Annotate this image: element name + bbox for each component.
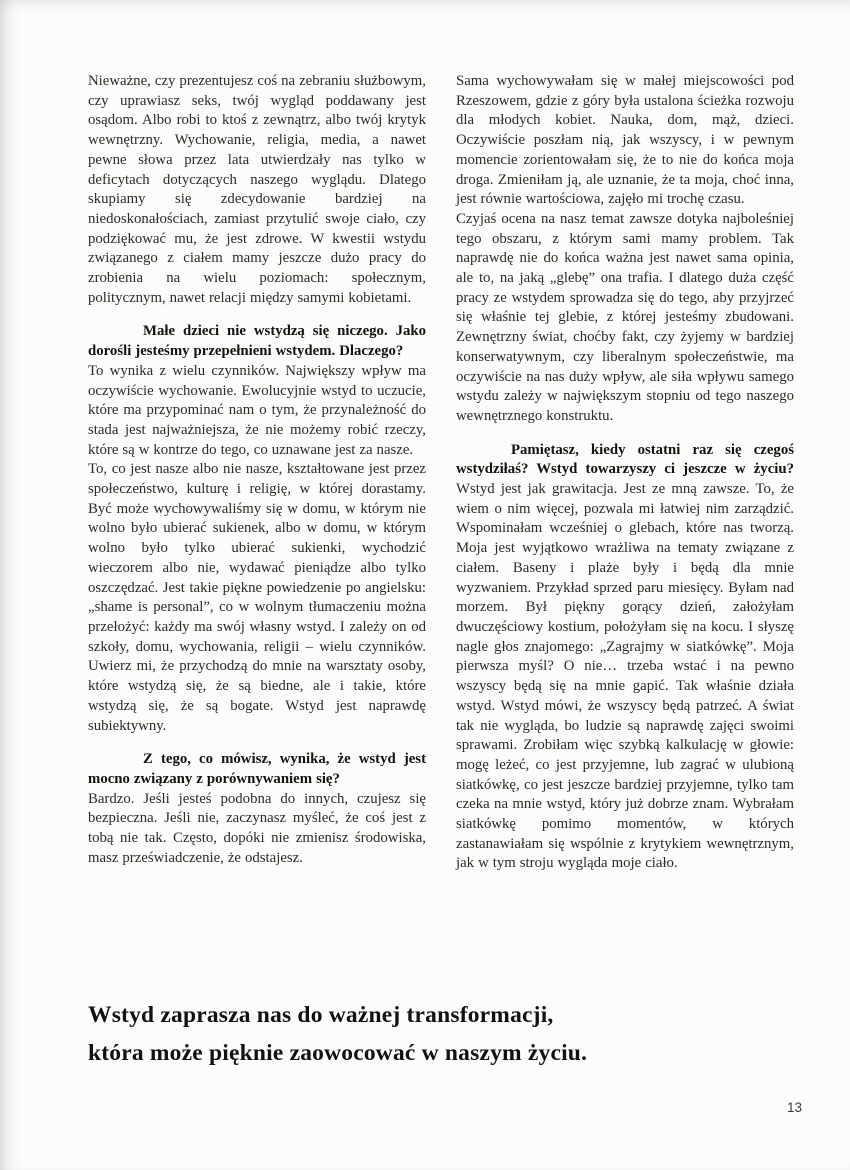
magazine-page: Nieważne, czy prezentujesz coś na zebran… [0,0,850,1170]
pull-quote-line-2: która może pięknie zaowocować w naszym ż… [88,1034,708,1072]
interview-question-heading: Z tego, co mówisz, wynika, że wstyd jest… [88,750,426,789]
text-column-right: Sama wychowywałam się w małej miejscowoś… [456,72,794,874]
interview-answer-paragraph: Bardzo. Jeśli jesteś podobna do innych, … [88,790,426,869]
interview-answer-paragraph: To wynika z wielu czynników. Największy … [88,362,426,461]
pull-quote: Wstyd zaprasza nas do ważnej transformac… [88,996,708,1072]
two-column-text-area: Nieważne, czy prezentujesz coś na zebran… [88,72,794,874]
text-column-left: Nieważne, czy prezentujesz coś na zebran… [88,72,426,874]
interview-answer-paragraph: To, co jest nasze albo nie nasze, kształ… [88,460,426,736]
interview-question-inline: Pamiętasz, kiedy ostatni raz się czegoś … [456,442,794,478]
interview-question-and-answer: Pamiętasz, kiedy ostatni raz się czegoś … [456,441,794,874]
interview-answer-paragraph: Nieważne, czy prezentujesz coś na zebran… [88,72,426,308]
interview-answer-paragraph: Czyjaś ocena na nasz temat zawsze dotyka… [456,210,794,427]
interview-answer-inline: Wstyd jest jak grawitacja. Jest ze mną z… [456,481,794,871]
pull-quote-line-1: Wstyd zaprasza nas do ważnej transformac… [88,996,708,1034]
page-number: 13 [787,1100,802,1115]
interview-question-heading: Małe dzieci nie wstydzą się niczego. Jak… [88,322,426,361]
interview-answer-paragraph: Sama wychowywałam się w małej miejscowoś… [456,72,794,210]
